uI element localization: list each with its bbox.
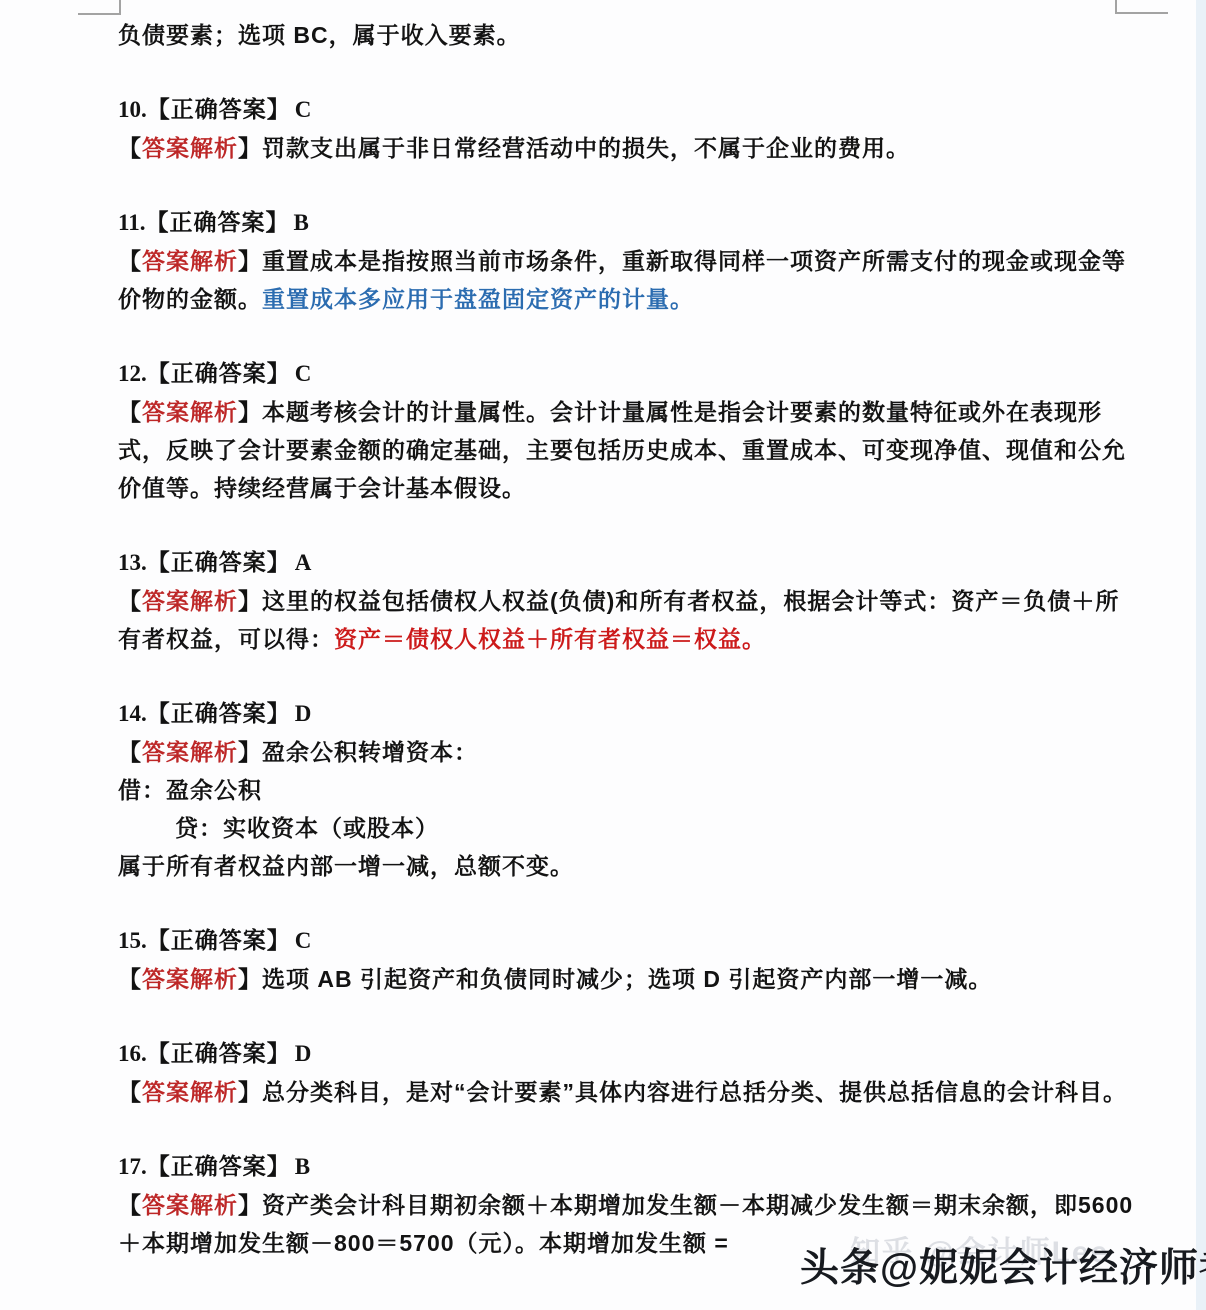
question-number: 16. <box>118 1041 147 1066</box>
analysis-close-bracket: 】 <box>238 588 262 614</box>
analysis-label: 答案解析 <box>142 1079 238 1105</box>
answer-letter: C <box>295 97 312 122</box>
analysis-paragraph: 【答案解析】重置成本是指按照当前市场条件，重新取得同样一项资产所需支付的现金或现… <box>118 242 1134 318</box>
analysis-close-bracket: 】 <box>238 135 262 161</box>
window-right-edge <box>1196 0 1206 1310</box>
analysis-label: 答案解析 <box>142 135 238 161</box>
correct-answer-label: 【正确答案】 <box>147 1153 291 1179</box>
answer-letter: C <box>295 928 312 953</box>
analysis-open-bracket: 【 <box>118 248 142 274</box>
answer-line: 10.【正确答案】C <box>118 90 1134 129</box>
watermark-toutiao: 头条@妮妮会计经济师考证 <box>800 1237 1206 1293</box>
analysis-text-segment: 重置成本多应用于盘盈固定资产的计量。 <box>262 286 694 312</box>
question-number: 11. <box>118 210 145 235</box>
analysis-text-segment: 资产＝债权人权益＋所有者权益＝权益。 <box>334 626 766 652</box>
analysis-label: 答案解析 <box>142 588 238 614</box>
answer-item: 12.【正确答案】C【答案解析】本题考核会计的计量属性。会计计量属性是指会计要素… <box>118 354 1134 507</box>
analysis-close-bracket: 】 <box>238 248 262 274</box>
answer-item: 14.【正确答案】D【答案解析】盈余公积转增资本：借：盈余公积贷：实收资本（或股… <box>118 694 1134 885</box>
analysis-close-bracket: 】 <box>238 399 262 425</box>
journal-entry-line: 借：盈余公积 <box>118 771 1134 809</box>
document-page: 负债要素；选项 BC，属于收入要素。 10.【正确答案】C【答案解析】罚款支出属… <box>118 16 1134 1262</box>
analysis-text-segment: 盈余公积转增资本： <box>262 739 478 765</box>
analysis-open-bracket: 【 <box>118 588 142 614</box>
answer-letter: D <box>295 701 312 726</box>
analysis-open-bracket: 【 <box>118 135 142 161</box>
question-number: 10. <box>118 97 147 122</box>
answer-letter: A <box>295 550 312 575</box>
analysis-close-bracket: 】 <box>238 739 262 765</box>
answer-letter: D <box>295 1041 312 1066</box>
question-number: 15. <box>118 928 147 953</box>
answer-item: 10.【正确答案】C【答案解析】罚款支出属于非日常经营活动中的损失，不属于企业的… <box>118 90 1134 167</box>
analysis-label: 答案解析 <box>142 399 238 425</box>
analysis-label: 答案解析 <box>142 248 238 274</box>
analysis-text-segment: 选项 AB 引起资产和负债同时减少；选项 D 引起资产内部一增一减。 <box>262 966 992 992</box>
answer-item: 16.【正确答案】D【答案解析】总分类科目，是对“会计要素”具体内容进行总括分类… <box>118 1034 1134 1111</box>
analysis-paragraph: 【答案解析】这里的权益包括债权人权益(负债)和所有者权益，根据会计等式：资产＝负… <box>118 582 1134 658</box>
analysis-open-bracket: 【 <box>118 966 142 992</box>
question-number: 13. <box>118 550 147 575</box>
analysis-label: 答案解析 <box>142 739 238 765</box>
analysis-label: 答案解析 <box>142 1192 238 1218</box>
analysis-label: 答案解析 <box>142 966 238 992</box>
correct-answer-label: 【正确答案】 <box>145 209 289 235</box>
analysis-open-bracket: 【 <box>118 1192 142 1218</box>
analysis-paragraph: 【答案解析】罚款支出属于非日常经营活动中的损失，不属于企业的费用。 <box>118 129 1134 167</box>
analysis-paragraph: 【答案解析】总分类科目，是对“会计要素”具体内容进行总括分类、提供总括信息的会计… <box>118 1073 1134 1111</box>
journal-entry-line: 贷：实收资本（或股本） <box>118 809 1134 847</box>
analysis-open-bracket: 【 <box>118 399 142 425</box>
analysis-text-segment: 总分类科目，是对“会计要素”具体内容进行总括分类、提供总括信息的会计科目。 <box>262 1079 1127 1105</box>
answer-letter: B <box>295 1154 310 1179</box>
question-number: 17. <box>118 1154 147 1179</box>
answer-line: 12.【正确答案】C <box>118 354 1134 393</box>
answer-item: 15.【正确答案】C【答案解析】选项 AB 引起资产和负债同时减少；选项 D 引… <box>118 921 1134 998</box>
journal-entry-line: 属于所有者权益内部一增一减，总额不变。 <box>118 847 1134 885</box>
answer-list: 10.【正确答案】C【答案解析】罚款支出属于非日常经营活动中的损失，不属于企业的… <box>118 90 1134 1262</box>
analysis-close-bracket: 】 <box>238 966 262 992</box>
answer-line: 15.【正确答案】C <box>118 921 1134 960</box>
analysis-paragraph: 【答案解析】选项 AB 引起资产和负债同时减少；选项 D 引起资产内部一增一减。 <box>118 960 1134 998</box>
analysis-close-bracket: 】 <box>238 1192 262 1218</box>
answer-letter: C <box>295 361 312 386</box>
answer-line: 16.【正确答案】D <box>118 1034 1134 1073</box>
answer-line: 17.【正确答案】B <box>118 1147 1134 1186</box>
correct-answer-label: 【正确答案】 <box>147 360 291 386</box>
answer-line: 14.【正确答案】D <box>118 694 1134 733</box>
correct-answer-label: 【正确答案】 <box>147 700 291 726</box>
correct-answer-label: 【正确答案】 <box>147 96 291 122</box>
analysis-open-bracket: 【 <box>118 1079 142 1105</box>
analysis-open-bracket: 【 <box>118 739 142 765</box>
answer-line: 13.【正确答案】A <box>118 543 1134 582</box>
answer-item: 11.【正确答案】B【答案解析】重置成本是指按照当前市场条件，重新取得同样一项资… <box>118 203 1134 318</box>
question-number: 14. <box>118 701 147 726</box>
correct-answer-label: 【正确答案】 <box>147 927 291 953</box>
analysis-paragraph: 【答案解析】盈余公积转增资本： <box>118 733 1134 771</box>
analysis-paragraph: 【答案解析】本题考核会计的计量属性。会计计量属性是指会计要素的数量特征或外在表现… <box>118 393 1134 507</box>
analysis-text-segment: 本题考核会计的计量属性。会计计量属性是指会计要素的数量特征或外在表现形式，反映了… <box>118 399 1126 501</box>
correct-answer-label: 【正确答案】 <box>147 549 291 575</box>
answer-item: 13.【正确答案】A【答案解析】这里的权益包括债权人权益(负债)和所有者权益，根… <box>118 543 1134 658</box>
analysis-text-segment: 罚款支出属于非日常经营活动中的损失，不属于企业的费用。 <box>262 135 910 161</box>
question-number: 12. <box>118 361 147 386</box>
intro-line: 负债要素；选项 BC，属于收入要素。 <box>118 16 1134 54</box>
answer-letter: B <box>293 210 308 235</box>
correct-answer-label: 【正确答案】 <box>147 1040 291 1066</box>
analysis-close-bracket: 】 <box>238 1079 262 1105</box>
answer-line: 11.【正确答案】B <box>118 203 1134 242</box>
